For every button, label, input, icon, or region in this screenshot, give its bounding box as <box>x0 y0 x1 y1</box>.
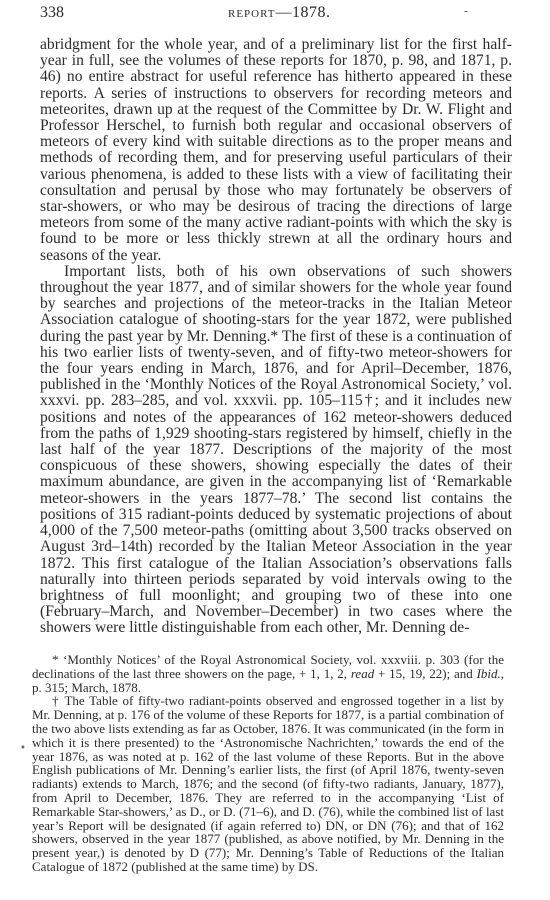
footnote-star-read: read <box>351 666 374 681</box>
running-title-smallcaps: REPORT <box>228 8 276 20</box>
running-title: REPORT—1878. <box>228 4 331 22</box>
document-page: 338 REPORT—1878. - abridgment for the wh… <box>0 0 550 900</box>
paragraph-continuation: abridgment for the whole year, and of a … <box>40 37 512 264</box>
footnote-star-middle: + 15, 19, 22); and <box>374 666 476 681</box>
paragraph-important-lists: Important lists, both of his own observa… <box>40 264 512 637</box>
margin-mark: • <box>20 743 26 754</box>
stray-mark: - <box>464 4 468 18</box>
running-title-year: —1878. <box>276 4 331 21</box>
page-number: 338 <box>40 4 64 22</box>
footnotes: * ‘Monthly Notices’ of the Royal Astrono… <box>32 653 504 874</box>
footnote-dagger: † The Table of fifty-two radiant-points … <box>32 694 504 873</box>
body-text: abridgment for the whole year, and of a … <box>40 37 512 637</box>
footnote-star: * ‘Monthly Notices’ of the Royal Astrono… <box>32 653 504 694</box>
footnote-star-ibid: Ibid. <box>477 666 501 681</box>
running-head: 338 REPORT—1878. - <box>40 4 512 24</box>
